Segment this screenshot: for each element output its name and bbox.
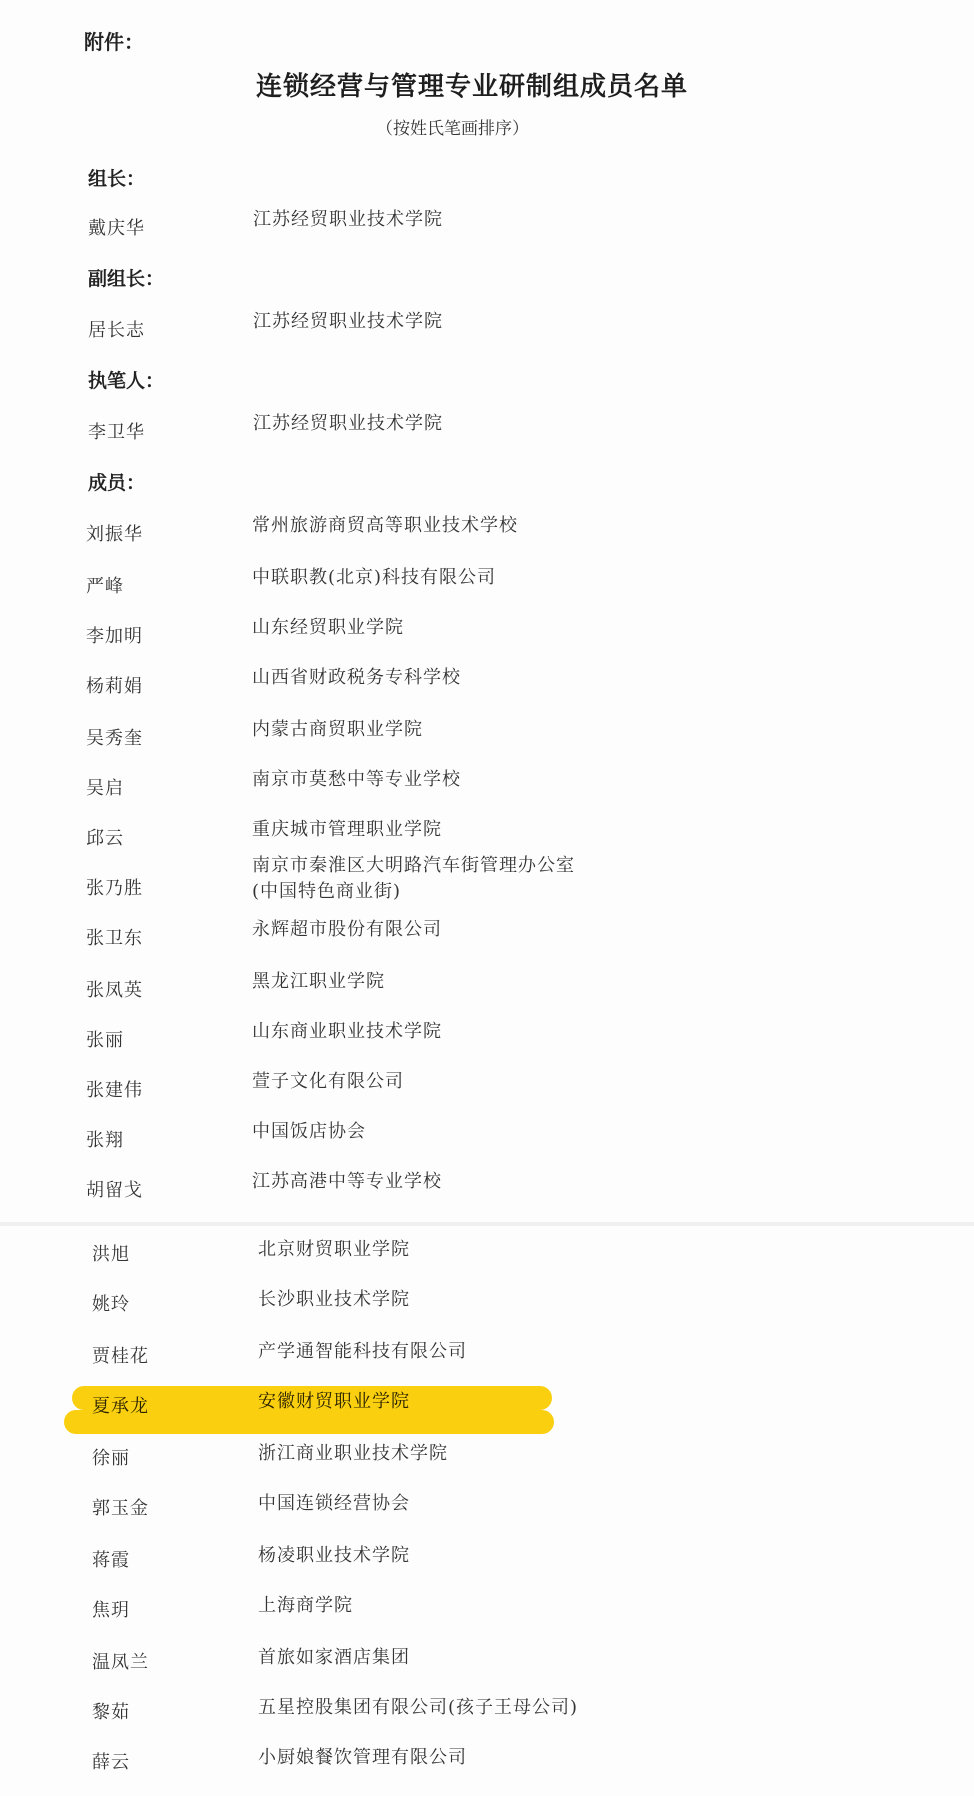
member-org: 中国饭店协会 — [252, 1120, 366, 1144]
member-org: 五星控股集团有限公司(孩子王母公司) — [258, 1696, 578, 1720]
member-org: 江苏经贸职业技术学院 — [253, 412, 443, 436]
member-org: 萱子文化有限公司 — [252, 1070, 404, 1094]
member-name: 张丽 — [86, 1026, 124, 1052]
section-label-writer: 执笔人： — [88, 366, 164, 393]
member-org: 重庆城市管理职业学院 — [252, 818, 442, 842]
member-org: 南京市秦淮区大明路汽车街管理办公室 — [252, 854, 575, 878]
member-org: 中国连锁经营协会 — [258, 1492, 410, 1516]
member-name: 刘振华 — [86, 520, 143, 546]
member-name: 徐丽 — [92, 1444, 130, 1470]
member-name: 薛云 — [92, 1748, 130, 1774]
member-name: 张乃胜 — [86, 874, 143, 900]
member-name: 李卫华 — [88, 418, 145, 444]
attachment-label: 附件： — [84, 26, 144, 55]
page-divider — [0, 1222, 974, 1226]
member-name: 贾桂花 — [92, 1342, 149, 1368]
member-name: 黎茹 — [92, 1698, 130, 1724]
member-org: 山东经贸职业学院 — [252, 616, 404, 640]
member-org: 长沙职业技术学院 — [258, 1288, 410, 1312]
member-org: 常州旅游商贸高等职业技术学校 — [252, 514, 518, 538]
member-org: 南京市莫愁中等专业学校 — [252, 768, 461, 792]
member-name: 杨莉娟 — [86, 672, 143, 698]
member-org: 北京财贸职业学院 — [258, 1238, 410, 1262]
member-name: 吴秀奎 — [86, 724, 143, 750]
member-org: 小厨娘餐饮管理有限公司 — [258, 1746, 467, 1770]
section-label-leader: 组长： — [88, 164, 145, 191]
member-name: 居长志 — [88, 316, 145, 342]
member-name-highlighted: 夏承龙 — [92, 1392, 149, 1418]
member-name: 胡留戈 — [86, 1176, 143, 1202]
member-name: 吴启 — [86, 774, 124, 800]
member-org: 江苏高港中等专业学校 — [252, 1170, 442, 1194]
section-label-deputy: 副组长： — [88, 264, 164, 291]
member-name: 蒋霞 — [92, 1546, 130, 1572]
section-label-members: 成员： — [88, 468, 145, 495]
member-org: 浙江商业职业技术学院 — [258, 1442, 448, 1466]
member-org: 山西省财政税务专科学校 — [252, 666, 461, 690]
member-name: 焦玥 — [92, 1596, 130, 1622]
member-org: 上海商学院 — [258, 1594, 353, 1618]
member-name: 姚玲 — [92, 1290, 130, 1316]
member-name: 戴庆华 — [88, 214, 145, 240]
member-name: 温凤兰 — [92, 1648, 149, 1674]
member-org: 黑龙江职业学院 — [252, 970, 385, 994]
member-org: 产学通智能科技有限公司 — [258, 1340, 467, 1364]
member-name: 张凤英 — [86, 976, 143, 1002]
member-name: 张翔 — [86, 1126, 124, 1152]
member-name: 郭玉金 — [92, 1494, 149, 1520]
member-name: 张建伟 — [86, 1076, 143, 1102]
member-name: 李加明 — [86, 622, 143, 648]
member-name: 邱云 — [86, 824, 124, 850]
page-subtitle: （按姓氏笔画排序） — [376, 114, 529, 139]
member-name: 张卫东 — [86, 924, 143, 950]
member-org: 江苏经贸职业技术学院 — [253, 310, 443, 334]
member-name: 洪旭 — [92, 1240, 130, 1266]
member-org: 中联职教(北京)科技有限公司 — [252, 566, 496, 590]
member-org-line2: (中国特色商业街) — [252, 880, 401, 904]
page-title: 连锁经营与管理专业研制组成员名单 — [256, 66, 688, 103]
member-org: 江苏经贸职业技术学院 — [253, 208, 443, 232]
member-org: 杨凌职业技术学院 — [258, 1544, 410, 1568]
member-org: 首旅如家酒店集团 — [258, 1646, 410, 1670]
member-name: 严峰 — [86, 572, 124, 598]
member-org: 永辉超市股份有限公司 — [252, 918, 442, 942]
member-org: 内蒙古商贸职业学院 — [252, 718, 423, 742]
member-org: 山东商业职业技术学院 — [252, 1020, 442, 1044]
member-org-highlighted: 安徽财贸职业学院 — [258, 1390, 410, 1414]
